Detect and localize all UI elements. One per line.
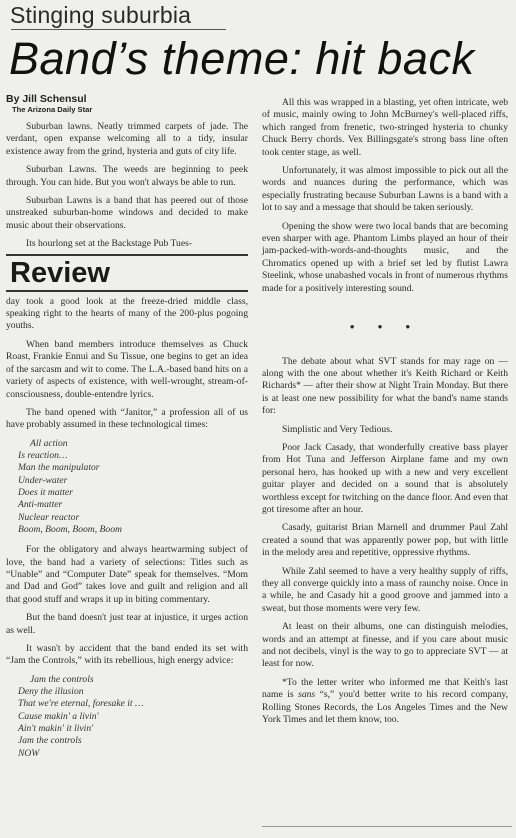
lyric-line: Jam the controls — [30, 674, 248, 686]
footnote-paragraph: *To the letter writer who informed me th… — [262, 677, 508, 727]
lyric-line: All action — [30, 438, 248, 450]
paragraph: But the band doesn't just tear at injust… — [6, 612, 248, 637]
lyric-line: Nuclear reactor — [18, 512, 248, 524]
lyric-line: Man the manipulator — [18, 462, 248, 474]
paragraph: Suburban lawns. Neatly trimmed carpets o… — [6, 121, 248, 158]
paragraph: When band members introduce themselves a… — [6, 339, 248, 401]
paragraph: Suburban Lawns. The weeds are beginning … — [6, 164, 248, 189]
lyric-line: Under-water — [18, 475, 248, 487]
lyric-line: Jam the controls — [18, 735, 248, 747]
kicker-heading: Stinging suburbia — [10, 2, 191, 28]
paragraph: Unfortunately, it was almost impossible … — [262, 165, 508, 215]
section-label-box: Review — [6, 254, 248, 292]
lyric-line: Ain't makin' it livin' — [18, 723, 248, 735]
paragraph: The band opened with “Janitor,” a profes… — [6, 407, 248, 432]
lyric-line: NOW — [18, 748, 248, 760]
paragraph: While Zahl seemed to have a very healthy… — [262, 566, 508, 616]
newspaper-clipping: Stinging suburbia Band’s theme: hit back… — [0, 0, 516, 838]
lyric-line: That we're eternal, foresake it … — [18, 698, 248, 710]
paragraph: Suburban Lawns is a band that has peered… — [6, 195, 248, 232]
paragraph: Casady, guitarist Brian Marnell and drum… — [262, 522, 508, 559]
section-separator: • • • — [262, 321, 508, 333]
paragraph: Simplistic and Very Tedious. — [262, 424, 508, 436]
lyric-line: Cause makin' a livin' — [18, 711, 248, 723]
paragraph: Its hourlong set at the Backstage Pub Tu… — [6, 238, 248, 250]
lyric-line: Deny the illusion — [18, 686, 248, 698]
affiliation: The Arizona Daily Star — [12, 105, 248, 115]
byline: By Jill Schensul — [6, 93, 248, 105]
bottom-rule — [262, 826, 512, 827]
kicker-underline — [11, 29, 226, 30]
paragraph: At least on their albums, one can distin… — [262, 621, 508, 671]
section-label: Review — [10, 256, 110, 290]
lyric-line: Anti-matter — [18, 499, 248, 511]
paragraph: day took a good look at the freeze-dried… — [6, 296, 248, 333]
right-column: All this was wrapped in a blasting, yet … — [262, 97, 508, 732]
paragraph: Poor Jack Casady, that wonderfully creat… — [262, 442, 508, 516]
lyrics-janitor: All action Is reaction… Man the manipula… — [18, 438, 248, 536]
lyrics-jam-the-controls: Jam the controls Deny the illusion That … — [18, 674, 248, 760]
lyric-line: Is reaction… — [18, 450, 248, 462]
left-column: By Jill Schensul The Arizona Daily Star … — [6, 93, 248, 768]
lyric-line: Boom, Boom, Boom, Boom — [18, 524, 248, 536]
paragraph: Opening the show were two local bands th… — [262, 221, 508, 295]
paragraph: The debate about what SVT stands for may… — [262, 356, 508, 418]
paragraph: For the obligatory and always heartwarmi… — [6, 544, 248, 606]
paragraph: All this was wrapped in a blasting, yet … — [262, 97, 508, 159]
lyric-line: Does it matter — [18, 487, 248, 499]
footnote-emphasis: sans — [298, 689, 315, 700]
headline: Band’s theme: hit back — [9, 33, 474, 85]
paragraph: It wasn't by accident that the band ende… — [6, 643, 248, 668]
